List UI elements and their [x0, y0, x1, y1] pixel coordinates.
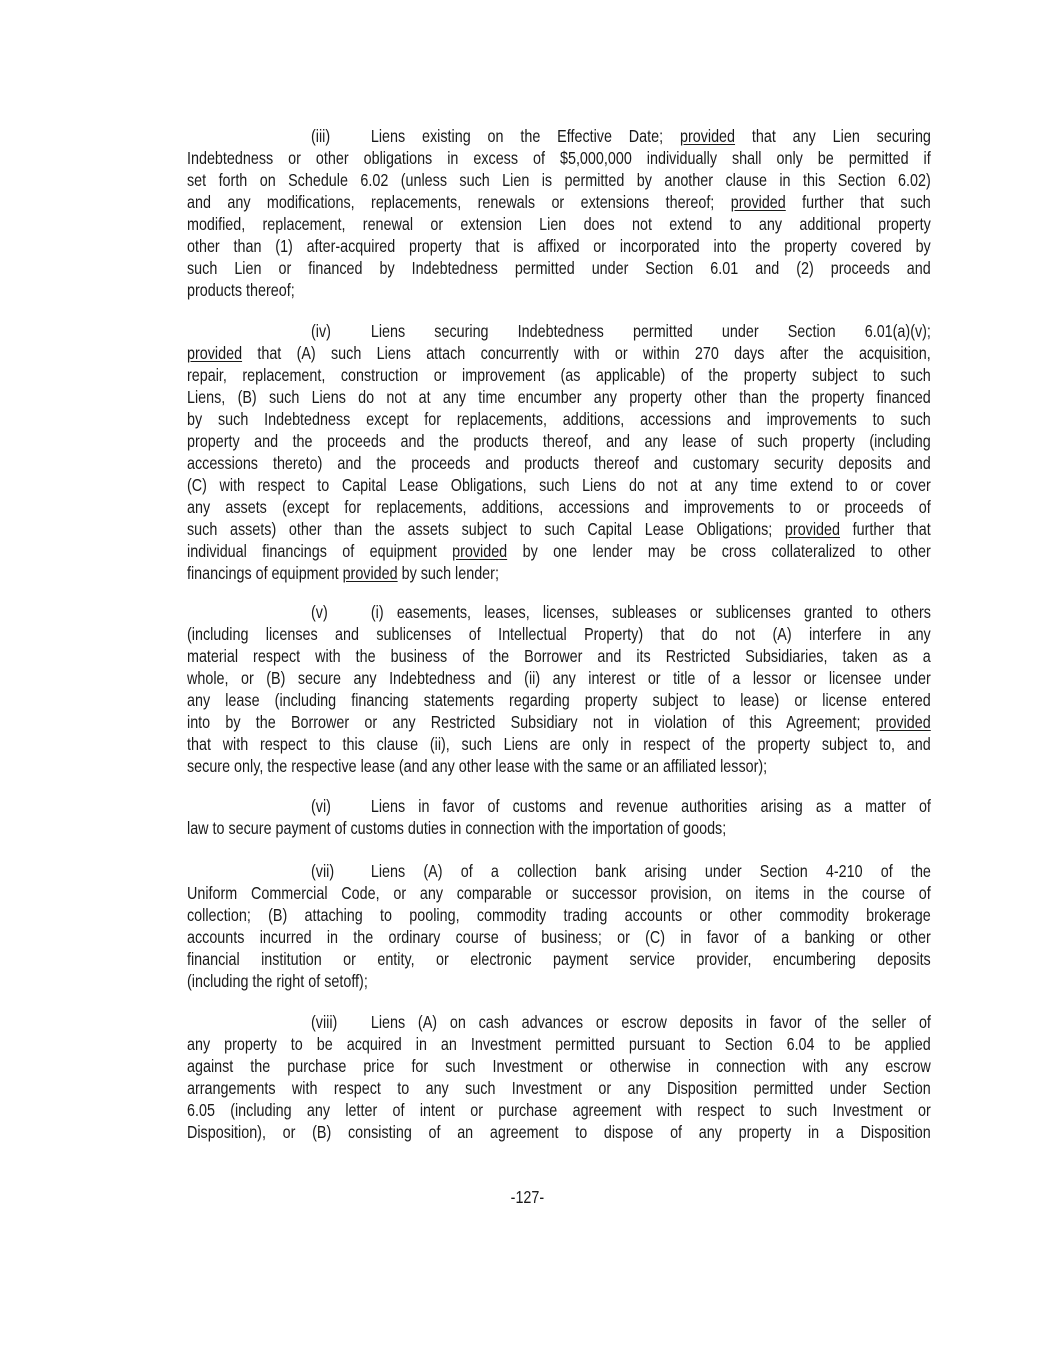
text-line: Uniform Commercial Code, or any comparab… [187, 882, 931, 904]
text-line: set forth on Schedule 6.02 (unless such … [187, 169, 931, 191]
text-line: material respect with the business of th… [187, 645, 931, 667]
text-line: modified, replacement, renewal or extens… [187, 213, 931, 235]
clause-number: (iii) [311, 125, 371, 147]
text-line: any assets (except for replacements, add… [187, 496, 931, 518]
text-line: 6.05 (including any letter of intent or … [187, 1099, 931, 1121]
underlined-term: provided [785, 519, 840, 539]
text-line: Liens, (B) such Liens do not at any time… [187, 386, 931, 408]
text-line: secure only, the respective lease (and a… [187, 755, 931, 777]
text-line: (v)(i) easements, leases, licenses, subl… [311, 601, 931, 623]
text-line: (including licenses and sublicenses of I… [187, 623, 931, 645]
clause-number: (vii) [311, 860, 371, 882]
text-line: financings of equipment provided by such… [187, 562, 931, 584]
text-line: (viii)Liens (A) on cash advances or escr… [311, 1011, 931, 1033]
underlined-term: provided [452, 541, 507, 561]
underlined-term: provided [187, 343, 242, 363]
underlined-term: provided [876, 712, 931, 732]
text-line: arrangements with respect to any such In… [187, 1077, 931, 1099]
clause-number: (iv) [311, 320, 371, 342]
page-number-text: -127- [511, 1186, 545, 1208]
text-line: against the purchase price for such Inve… [187, 1055, 931, 1077]
text-line: repair, replacement, construction or imp… [187, 364, 931, 386]
text-line: whole, or (B) secure any Indebtedness an… [187, 667, 931, 689]
text-line: (C) with respect to Capital Lease Obliga… [187, 474, 931, 496]
text-line: collection; (B) attaching to pooling, co… [187, 904, 931, 926]
underlined-term: provided [731, 192, 786, 212]
text-line: (vii)Liens (A) of a collection bank aris… [311, 860, 931, 882]
text-line: accessions thereto) and the proceeds and… [187, 452, 931, 474]
text-line: other than (1) after-acquired property t… [187, 235, 931, 257]
text-line: (including the right of setoff); [187, 970, 931, 992]
text-line: individual financings of equipment provi… [187, 540, 931, 562]
text-line: (vi)Liens in favor of customs and revenu… [311, 795, 931, 817]
text-line: (iv)Liens securing Indebtedness permitte… [311, 320, 931, 342]
text-line: products thereof; [187, 279, 931, 301]
text-line: any lease (including financing statement… [187, 689, 931, 711]
clause-number: (vi) [311, 795, 371, 817]
text-line: accounts incurred in the ordinary course… [187, 926, 931, 948]
text-line: financial institution or entity, or elec… [187, 948, 931, 970]
text-line: any property to be acquired in an Invest… [187, 1033, 931, 1055]
text-line: and any modifications, replacements, ren… [187, 191, 931, 213]
text-line: Disposition), or (B) consisting of an ag… [187, 1121, 931, 1143]
clause-number: (v) [311, 601, 371, 623]
text-line: Indebtedness or other obligations in exc… [187, 147, 931, 169]
page-number: -127- [0, 1186, 1055, 1208]
text-line: such assets) other than the assets subje… [187, 518, 931, 540]
text-line: property and the proceeds and the produc… [187, 430, 931, 452]
text-line: by such Indebtedness except for replacem… [187, 408, 931, 430]
clause-number: (viii) [311, 1011, 371, 1033]
text-line: into by the Borrower or any Restricted S… [187, 711, 931, 733]
text-line: such Lien or financed by Indebtedness pe… [187, 257, 931, 279]
text-line: provided that (A) such Liens attach conc… [187, 342, 931, 364]
underlined-term: provided [680, 126, 735, 146]
underlined-term: provided [343, 563, 398, 583]
text-line: law to secure payment of customs duties … [187, 817, 931, 839]
text-line: that with respect to this clause (ii), s… [187, 733, 931, 755]
document-page: (iii)Liens existing on the Effective Dat… [0, 0, 1055, 1365]
text-line: (iii)Liens existing on the Effective Dat… [311, 125, 931, 147]
